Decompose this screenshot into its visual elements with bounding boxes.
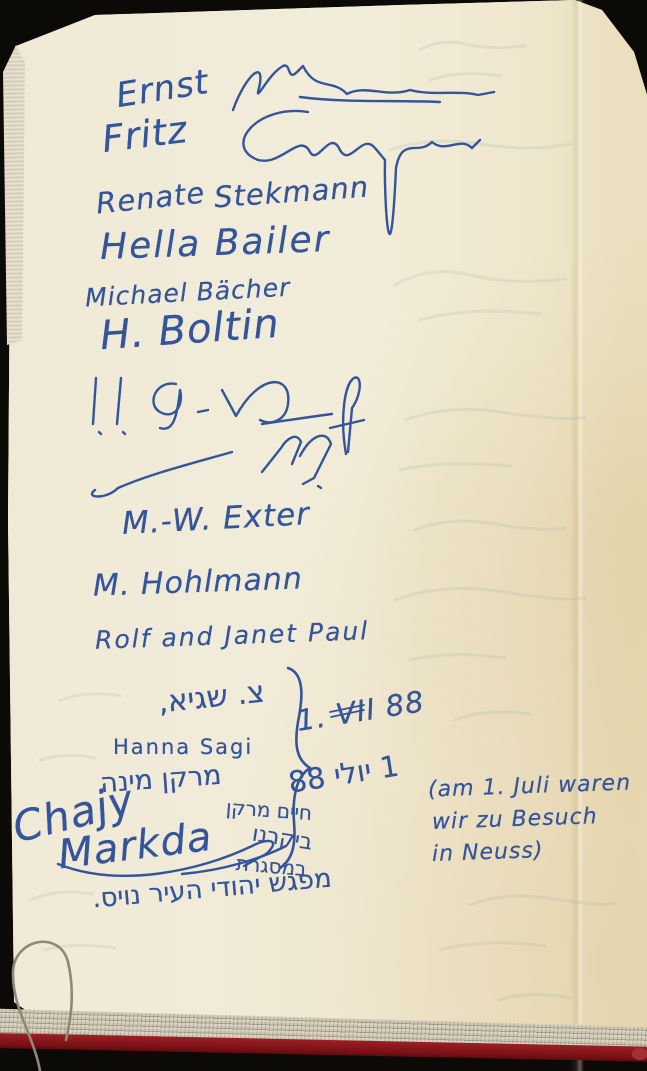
signature-hanna-sagi: Hanna Sagi bbox=[113, 737, 253, 758]
german-note-line3: in Neuss) bbox=[432, 840, 544, 866]
date-month: VII bbox=[333, 692, 378, 732]
german-note-line2: wir zu Besuch bbox=[432, 806, 598, 834]
signature-chaim-markan: חיים מרקן bbox=[225, 797, 312, 823]
date-year: 88 bbox=[383, 684, 427, 724]
signature-h-boltin: H. Boltin bbox=[99, 304, 281, 356]
signature-hella-bailer: Hella Bailer bbox=[99, 222, 331, 266]
date-day: 1. bbox=[294, 700, 329, 738]
signature-m-hohlmann: M. Hohlmann bbox=[93, 564, 304, 601]
guestbook-scan: Ernst Fritz Renate Stekmann Hella Bailer… bbox=[0, 0, 647, 1071]
signature-fritz: Fritz bbox=[100, 111, 190, 158]
